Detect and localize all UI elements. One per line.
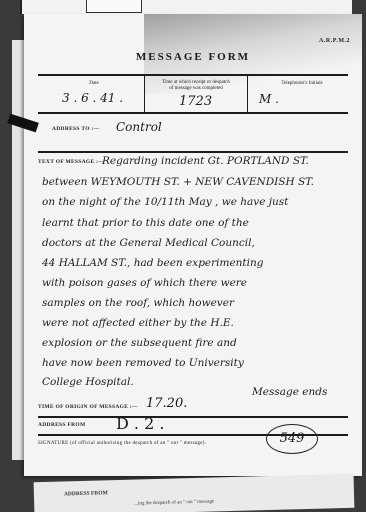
- message-line: samples on the roof, which however: [42, 297, 234, 309]
- header-divider-1: [144, 74, 145, 112]
- message-line: explosion or the subsequent fire and: [42, 337, 237, 349]
- message-line: have now been removed to University: [42, 357, 244, 369]
- top-sheet-strip: [20, 0, 352, 14]
- address-from-value: D . 2 .: [116, 414, 164, 433]
- time-of-origin-label: TIME OF ORIGIN OF MESSAGE :—: [38, 404, 138, 410]
- text-of-message-label: TEXT OF MESSAGE :—: [38, 159, 104, 165]
- message-end: Message ends: [252, 386, 327, 398]
- message-line: doctors at the General Medical Council,: [42, 237, 255, 249]
- header-divider-2: [247, 74, 248, 112]
- address-to-label: ADDRESS TO :—: [52, 126, 99, 132]
- header-bottom-rule: [38, 112, 348, 114]
- time-label: Time at which receipt or despatch of mes…: [146, 80, 246, 92]
- header-top-rule: [38, 74, 348, 76]
- origin-rule: [38, 416, 348, 418]
- form-reference: A.R.P.M.2: [319, 38, 350, 44]
- telephonist-label: Telephonist's Initials: [252, 81, 352, 87]
- lower-form-sheet: ADDRESS FROM ...ing the despatch of an "…: [34, 474, 355, 512]
- date-value: 3 . 6 . 41 .: [62, 91, 123, 105]
- message-line: College Hospital.: [42, 376, 134, 388]
- date-label: Date: [44, 81, 144, 87]
- form-title: MESSAGE FORM: [24, 51, 362, 63]
- message-top-rule: [38, 151, 348, 153]
- message-line: were not affected either by the H.E.: [42, 317, 234, 329]
- lower-address-from-label: ADDRESS FROM: [64, 490, 108, 497]
- message-line: between WEYMOUTH ST. + NEW CAVENDISH ST.: [42, 176, 314, 188]
- reference-number-stamp: 549: [266, 424, 318, 454]
- address-to-value: Control: [116, 120, 162, 134]
- message-line: on the night of the 10/11th May , we hav…: [42, 196, 288, 208]
- top-sheet-box: [86, 0, 142, 13]
- signature-label: SIGNATURE (of official authorising the d…: [38, 441, 206, 446]
- message-form-paper: A.R.P.M.2 MESSAGE FORM Date 3 . 6 . 41 .…: [24, 14, 362, 476]
- address-from-label: ADDRESS FROM: [38, 422, 85, 428]
- telephonist-value: M .: [259, 92, 279, 106]
- lower-signature-fragment: ...ing the despatch of an " out " messag…: [134, 499, 214, 506]
- message-line: Regarding incident Gt. PORTLAND ST.: [102, 155, 309, 167]
- time-value: 1723: [179, 94, 212, 109]
- message-line: with poison gases of which there were: [42, 277, 247, 289]
- time-label-line2: of message was completed: [146, 86, 246, 92]
- time-of-origin-value: 17.20.: [146, 396, 187, 411]
- message-line: 44 HALLAM ST., had been experimenting: [42, 257, 264, 269]
- message-line: learnt that prior to this date one of th…: [42, 217, 249, 229]
